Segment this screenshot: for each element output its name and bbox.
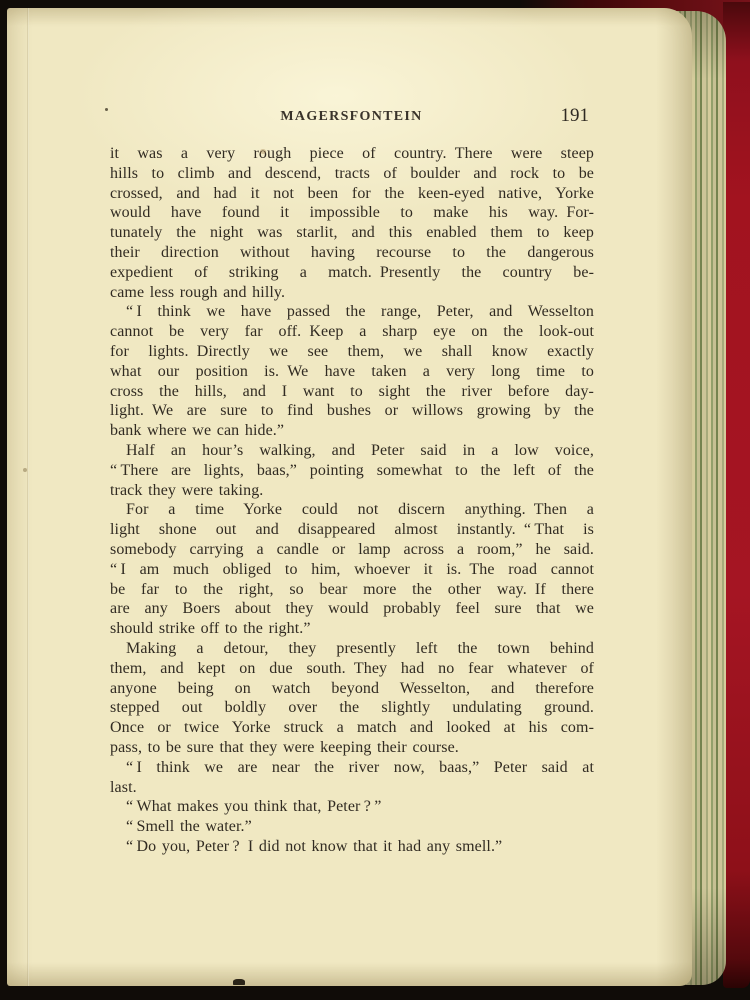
text-line: are any Boers about they would probably … [110, 599, 594, 619]
text-line: “ I think we are near the river now, baa… [110, 758, 594, 778]
text-line: track they were taking. [110, 481, 594, 501]
text-line: light shone out and disappeared almost i… [110, 520, 594, 540]
text-line: somebody carrying a candle or lamp acros… [110, 540, 594, 560]
paragraph: it was a very rough piece of country. Th… [110, 144, 594, 302]
paragraph: Half an hour’s walking, and Peter said i… [110, 441, 594, 500]
page-speck [23, 468, 27, 472]
book-cover-right-edge [723, 2, 750, 988]
text-line: hills to climb and descend, tracts of bo… [110, 164, 594, 184]
text-line: Half an hour’s walking, and Peter said i… [110, 441, 594, 461]
page-speck [105, 108, 108, 111]
text-line: “ I am much obliged to him, whoever it i… [110, 560, 594, 580]
text-line: for lights. Directly we see them, we sha… [110, 342, 594, 362]
text-line: came less rough and hilly. [110, 283, 594, 303]
paragraph: For a time Yorke could not discern anyth… [110, 500, 594, 639]
text-line: “ What makes you think that, Peter ? ” [110, 797, 594, 817]
text-line: their direction without having recourse … [110, 243, 594, 263]
book-page: MAGERSFONTEIN 191 it was a very rough pi… [7, 8, 692, 986]
text-line: light. We are sure to find bushes or wil… [110, 401, 594, 421]
text-line: what our position is. We have taken a ve… [110, 362, 594, 382]
text-line: stepped out boldly over the slightly und… [110, 698, 594, 718]
text-line: should strike off to the right.” [110, 619, 594, 639]
text-line: them, and kept on due south. They had no… [110, 659, 594, 679]
text-line: crossed, and had it not been for the kee… [110, 184, 594, 204]
page-edge-notch [233, 979, 245, 985]
text-line: cross the hills, and I want to sight the… [110, 382, 594, 402]
text-line: pass, to be sure that they were keeping … [110, 738, 594, 758]
text-line: would have found it impossible to make h… [110, 203, 594, 223]
text-line: Making a detour, they presently left the… [110, 639, 594, 659]
book-photo-scene: MAGERSFONTEIN 191 it was a very rough pi… [0, 0, 750, 1000]
paragraph: “ I think we have passed the range, Pete… [110, 302, 594, 441]
page-gutter-crease [27, 8, 29, 986]
paragraph: “ Smell the water.” [110, 817, 594, 837]
text-line: last. [110, 778, 594, 798]
text-line: it was a very rough piece of country. Th… [110, 144, 594, 164]
text-line: Once or twice Yorke struck a match and l… [110, 718, 594, 738]
paragraph: “ What makes you think that, Peter ? ” [110, 797, 594, 817]
text-line: “ Smell the water.” [110, 817, 594, 837]
text-line: “ There are lights, baas,” pointing some… [110, 461, 594, 481]
text-line: tunately the night was starlit, and this… [110, 223, 594, 243]
text-line: “ I think we have passed the range, Pete… [110, 302, 594, 322]
paragraph: “ Do you, Peter ? I did not know that it… [110, 837, 594, 857]
paragraph: Making a detour, they presently left the… [110, 639, 594, 758]
text-line: For a time Yorke could not discern anyth… [110, 500, 594, 520]
text-line: anyone being on watch beyond Wesselton, … [110, 679, 594, 699]
text-line: cannot be very far off. Keep a sharp eye… [110, 322, 594, 342]
text-line: “ Do you, Peter ? I did not know that it… [110, 837, 594, 857]
page-speck [260, 149, 266, 154]
text-line: bank where we can hide.” [110, 421, 594, 441]
page-body-text: it was a very rough piece of country. Th… [110, 144, 594, 857]
text-line: expedient of striking a match. Presently… [110, 263, 594, 283]
paragraph: “ I think we are near the river now, baa… [110, 758, 594, 798]
page-number: 191 [110, 105, 589, 127]
text-line: be far to the right, so bear more the ot… [110, 580, 594, 600]
